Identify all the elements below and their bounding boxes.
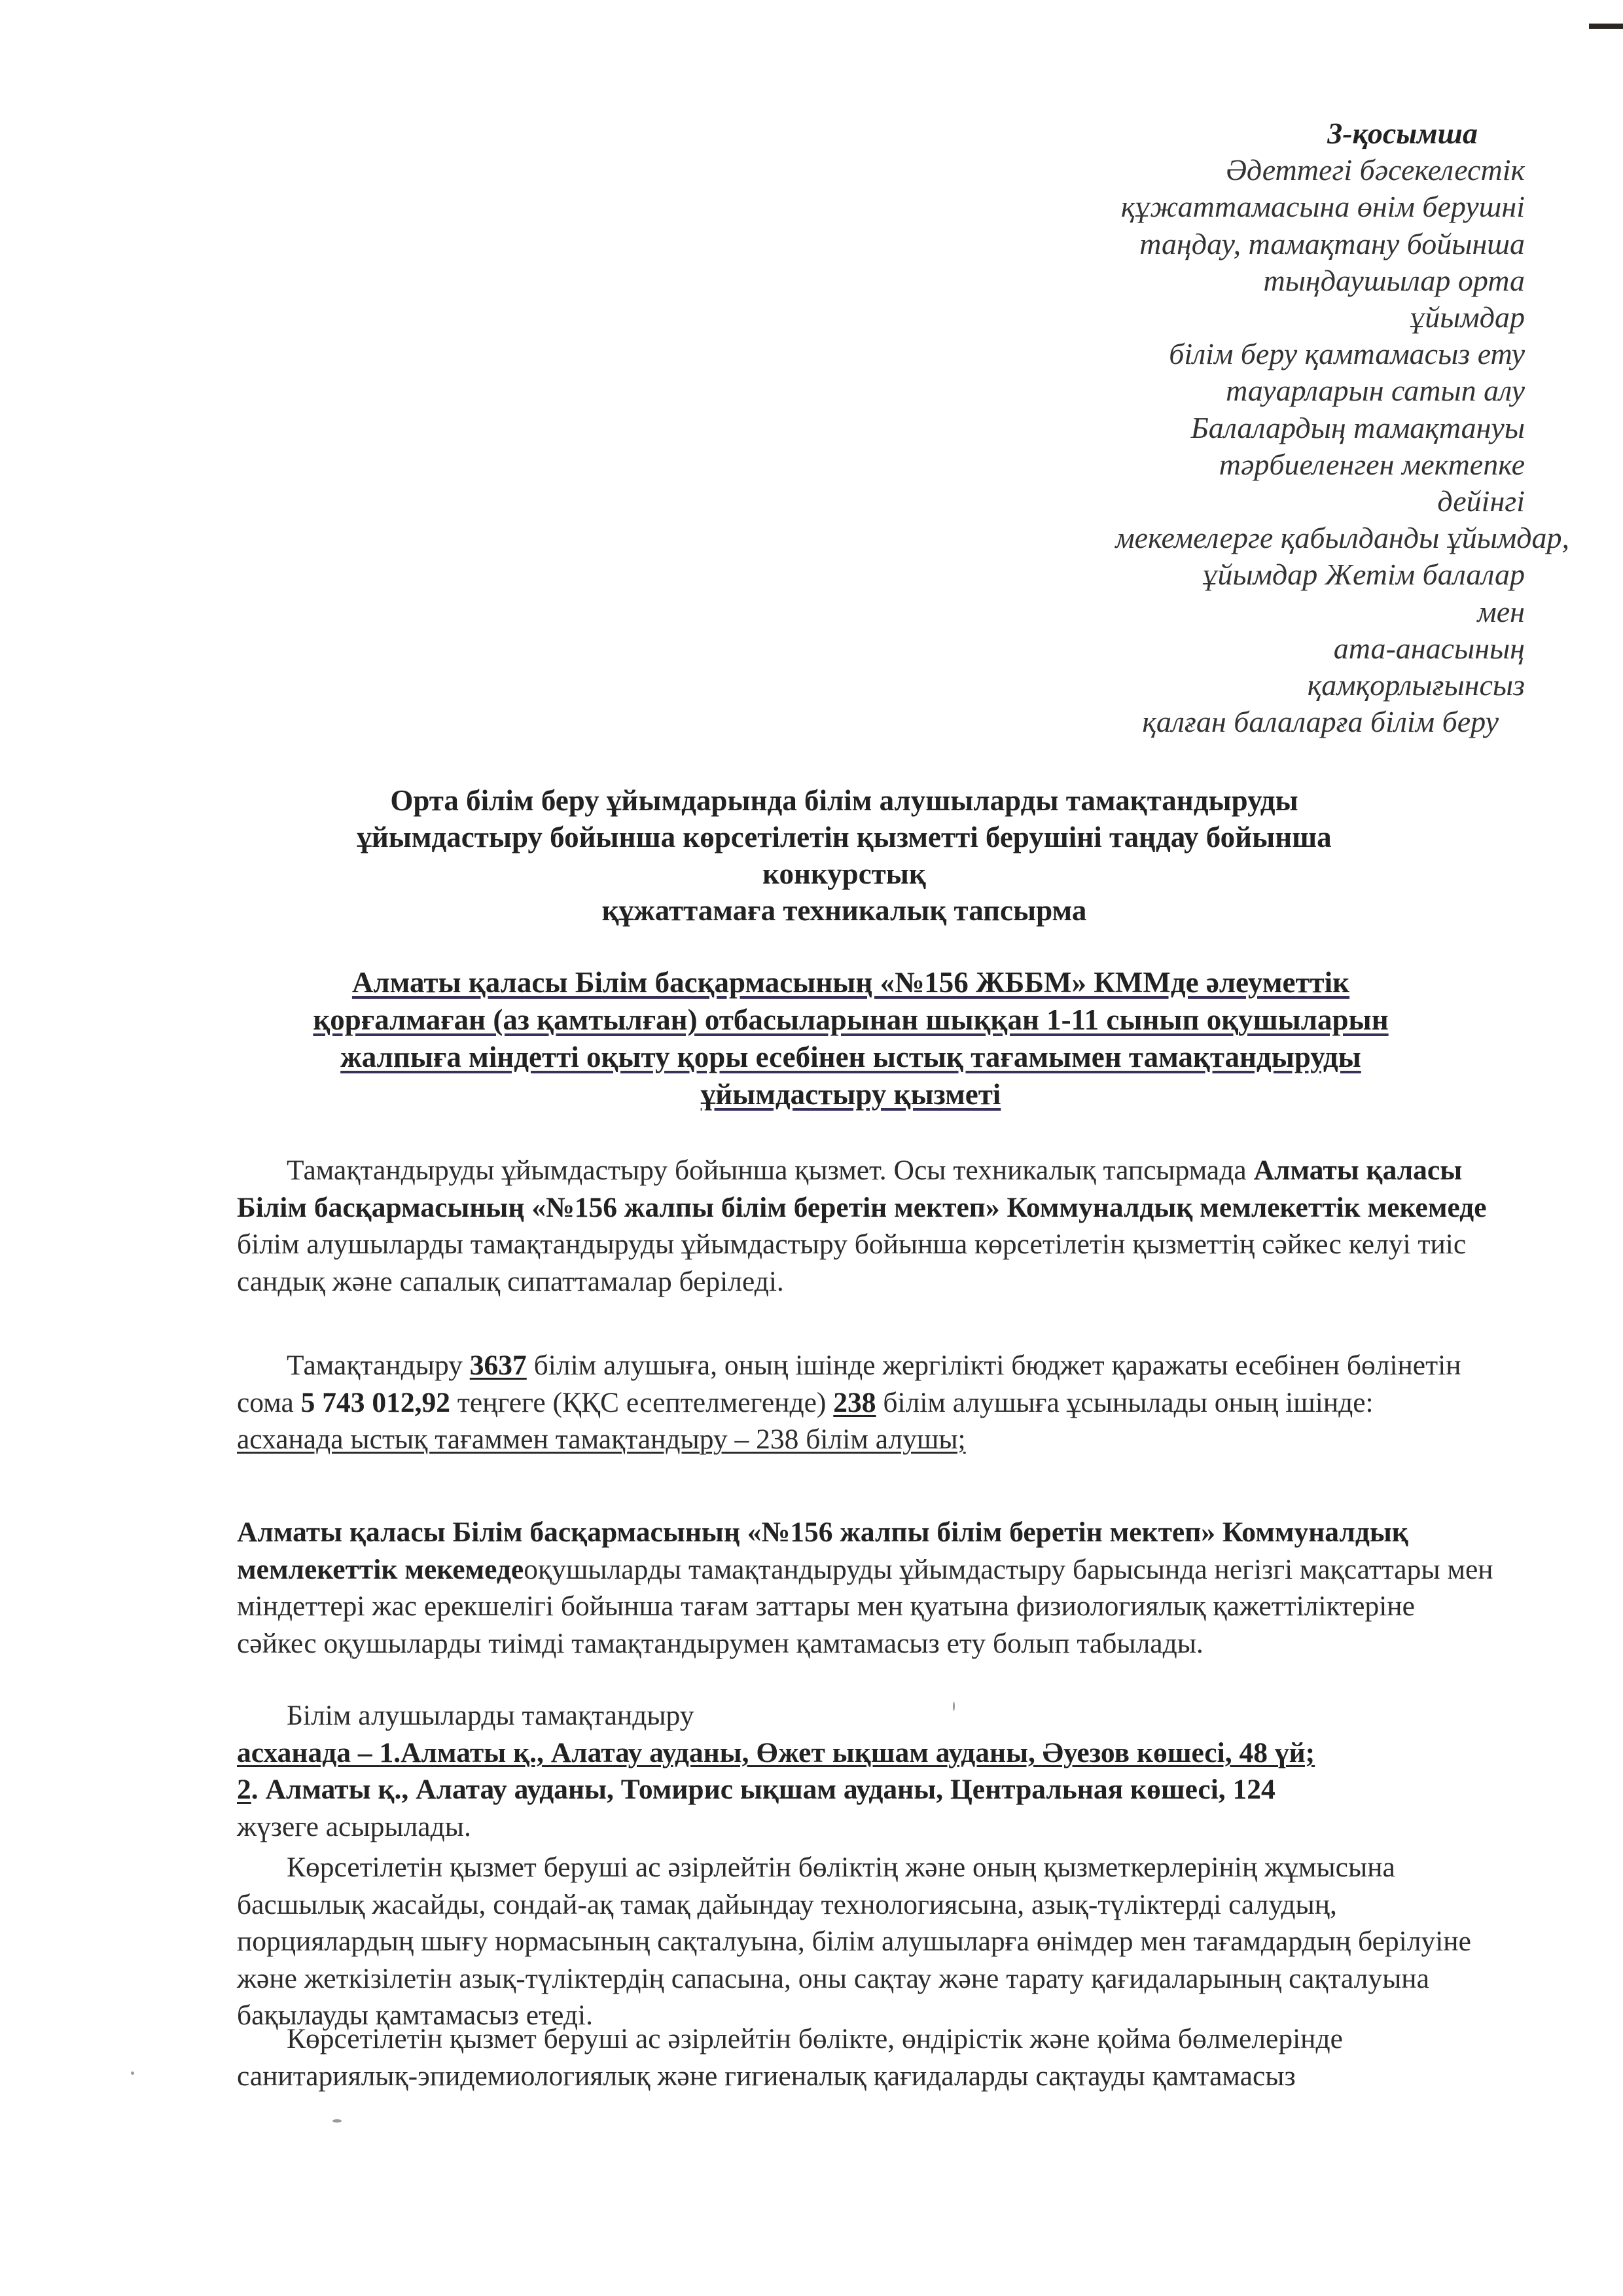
annex-line: ұйымдар [936,299,1525,336]
annex-line: ата-анасының [936,630,1525,667]
annex-line: мекемелерге қабылданды ұйымдар, [936,520,1569,556]
address-1: асханада – 1.Алматы қ., Алатау ауданы, Ө… [237,1737,1315,1768]
subject-line: қорғалмаған (аз қамтылған) отбасыларынан… [313,1003,1388,1036]
paragraph-supervision: Көрсетілетін қызмет беруші ас әзірлейтін… [237,1849,1493,2034]
paragraph-intro: Тамақтандыруды ұйымдастыру бойынша қызме… [237,1152,1493,1300]
annex-line: тәрбиеленген мектепке [936,446,1525,483]
address-2: . Алматы қ., Алатау ауданы, Томирис ықша… [251,1774,1275,1805]
supervision-text: Көрсетілетін қызмет беруші ас әзірлейтін… [237,1849,1493,2034]
annex-header: 3-қосымша Әдеттегі бәсекелестік құжаттам… [936,115,1525,740]
annex-line: Балалардың тамақтануы [936,410,1525,446]
title-line: құжаттамаға техникалық тапсырма [308,892,1381,929]
annex-title: 3-қосымша [936,115,1525,152]
document-title: Орта білім беру ұйымдарында білім алушыл… [308,782,1381,929]
annex-line: тауарларын сатып алу [936,372,1525,409]
title-line: ұйымдастыру бойынша көрсетілетін қызметт… [308,819,1381,855]
title-line: конкурстық [308,855,1381,892]
annex-line: таңдау, тамақтану бойынша [936,226,1525,262]
annex-line: Әдеттегі бәсекелестік [936,152,1525,188]
subject-line: жалпыға міндетті оқыту қоры есебінен ыст… [340,1041,1361,1073]
scan-artifact-dot [332,2119,342,2123]
title-line: Орта білім беру ұйымдарында білім алушыл… [308,782,1381,819]
students-funded: 238 [833,1387,876,1418]
paragraph-goals: Алматы қаласы Білім басқармасының «№156 … [237,1514,1493,1662]
annex-line: тыңдаушылар орта [936,262,1525,299]
annex-line: мен [936,594,1525,630]
intro-text: Тамақтандыруды ұйымдастыру бойынша қызме… [287,1155,1247,1186]
scan-artifact-dot [131,2072,134,2075]
students-total: 3637 [470,1350,527,1381]
annex-line: ұйымдар Жетім балалар [936,556,1525,593]
annex-line: дейінгі [936,483,1525,520]
subject-line: ұйымдастыру қызметі [701,1078,1001,1111]
address-2-number: 2 [237,1774,251,1805]
intro-rest: білім алушыларды тамақтандыруды ұйымдаст… [237,1229,1466,1297]
addresses-closing: жүзеге асырылады. [237,1808,1493,1846]
funding-amount: 5 743 012,92 [301,1387,450,1418]
subject-line: Алматы қаласы Білім басқармасының «№156 … [352,966,1349,999]
funding-text: білім алушыға ұсынылады оның ішінде: [876,1387,1374,1418]
paragraph-funding: Тамақтандыру 3637 білім алушыға, оның іш… [237,1347,1493,1458]
paragraph-addresses: Білім алушыларды тамақтандыру асханада –… [237,1697,1493,1845]
addresses-intro: Білім алушыларды тамақтандыру [237,1697,1493,1734]
annex-line: құжаттамасына өнім берушні [936,188,1525,225]
annex-line: қалған балаларға білім беру [936,704,1525,740]
service-subject: Алматы қаласы Білім басқармасының «№156 … [275,964,1427,1113]
scan-artifact-mark [1589,24,1623,29]
annex-line: білім беру қамтамасыз ету [936,336,1525,372]
canteen-line: асханада ыстық тағаммен тамақтандыру – 2… [237,1424,966,1455]
sanitary-text: Көрсетілетін қызмет беруші ас әзірлейтін… [237,2020,1493,2094]
annex-line: қамқорлығынсыз [936,667,1525,704]
funding-text: Тамақтандыру [287,1350,470,1381]
funding-text: теңгеге (ҚҚС есептелмегенде) [450,1387,833,1418]
paragraph-sanitary: Көрсетілетін қызмет беруші ас әзірлейтін… [237,2020,1493,2094]
